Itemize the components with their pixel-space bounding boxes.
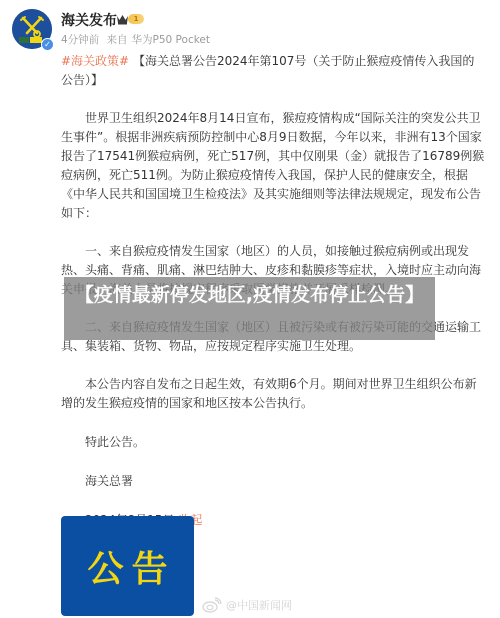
notice-image[interactable]: 公告 <box>61 516 194 616</box>
source-prefix: 来自 <box>107 34 128 46</box>
vip-level: 1 <box>128 14 144 24</box>
watermark-text: @中国新闻网 <box>226 597 292 613</box>
paragraph-validity: 本公告内容自发布之日起生效，有效期6个月。期间对世界卫生组织公布新增的发生猴痘疫… <box>61 375 485 413</box>
source-device: 华为P50 Pocket <box>132 34 210 46</box>
watermark: @中国新闻网 <box>202 596 292 614</box>
user-name[interactable]: 海关发布 <box>61 10 117 30</box>
post-meta: 4分钟前 来自华为P50 Pocket <box>61 32 214 47</box>
verified-check-icon: ✓ <box>42 39 53 50</box>
caption-overlay: 【疫情最新停发地区,疫情发布停止公告】 <box>64 277 435 340</box>
signature: 海关总署 <box>61 472 485 491</box>
post-time[interactable]: 4分钟前 <box>61 34 99 46</box>
closing-line: 特此公告。 <box>61 433 485 452</box>
post-title-line: #海关政策# 【海关总署公告2024年第107号（关于防止猴痘疫情传入我国的公告… <box>61 52 485 90</box>
verified-badge: ✓ <box>41 38 54 51</box>
hashtag-link[interactable]: #海关政策# <box>61 54 129 68</box>
notice-image-text: 公告 <box>79 541 175 592</box>
paragraph-intro: 世界卫生组织2024年8月14日宣布，猴痘疫情构成“国际关注的突发公共卫生事件”… <box>61 109 485 223</box>
weibo-logo-icon <box>202 597 222 613</box>
post-header: ✓ 海关发布 1 4分钟前 来自华为P50 Pocket <box>0 0 500 52</box>
